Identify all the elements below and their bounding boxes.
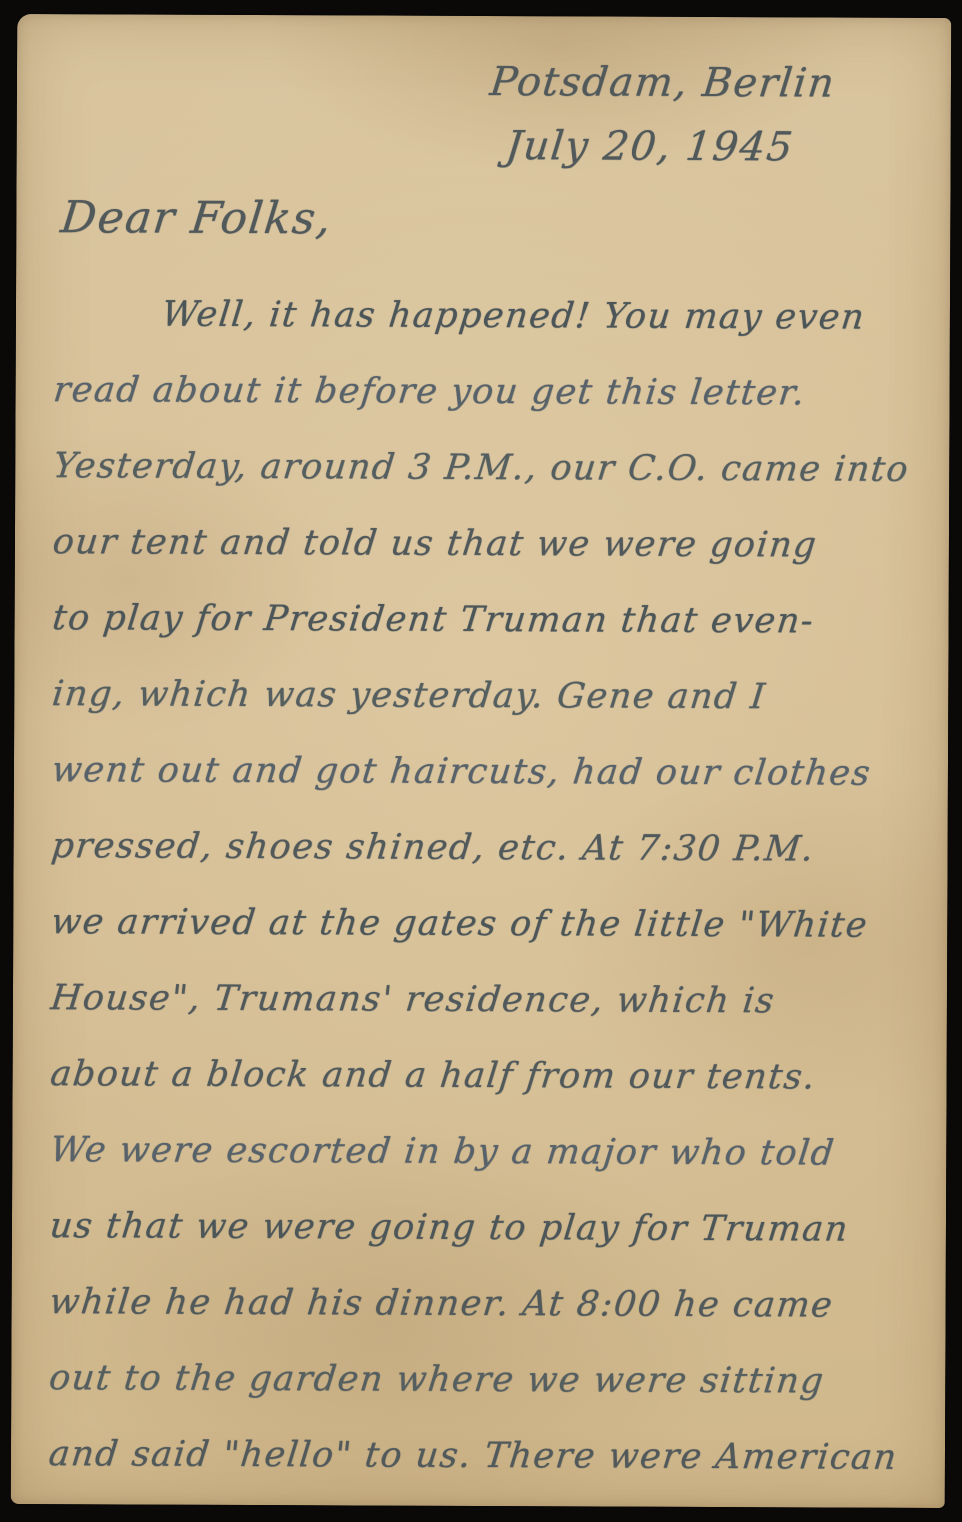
letter-body: Well, it has happened! You may even read… xyxy=(45,276,934,1496)
letter-line: and said "hello" to us. There were Ameri… xyxy=(45,1416,937,1496)
letter-line: we arrived at the gates of the little "W… xyxy=(47,884,939,964)
letter-salutation: Dear Folks, xyxy=(58,192,335,244)
letter-heading: Potsdam, Berlin July 20, 1945 xyxy=(487,50,832,180)
letter-line: while he had his dinner. At 8:00 he came xyxy=(45,1264,937,1344)
letter-paper: Potsdam, Berlin July 20, 1945 Dear Folks… xyxy=(11,14,951,1508)
letter-line: Well, it has happened! You may even xyxy=(50,276,942,356)
letter-line: We were escorted in by a major who told xyxy=(46,1112,938,1192)
letter-line: ing, which was yesterday. Gene and I xyxy=(48,656,940,736)
letter-line: read about it before you get this letter… xyxy=(49,352,941,432)
letter-line: Yesterday, around 3 P.M., our C.O. came … xyxy=(49,428,941,508)
letter-line: about a block and a half from our tents. xyxy=(46,1036,938,1116)
letter-line: to play for President Truman that even- xyxy=(48,580,940,660)
letter-heading-location: Potsdam, Berlin xyxy=(487,50,839,115)
letter-line: out to the garden where we were sitting xyxy=(45,1340,937,1420)
letter-line: went out and got haircuts, had our cloth… xyxy=(48,732,940,812)
letter-line: House", Trumans' residence, which is xyxy=(47,960,939,1040)
letter-heading-date: July 20, 1945 xyxy=(487,114,839,179)
letter-line: pressed, shoes shined, etc. At 7:30 P.M. xyxy=(47,808,939,888)
letter-line: us that we were going to play for Truman xyxy=(46,1188,938,1268)
letter-line: our tent and told us that we were going xyxy=(49,504,941,584)
